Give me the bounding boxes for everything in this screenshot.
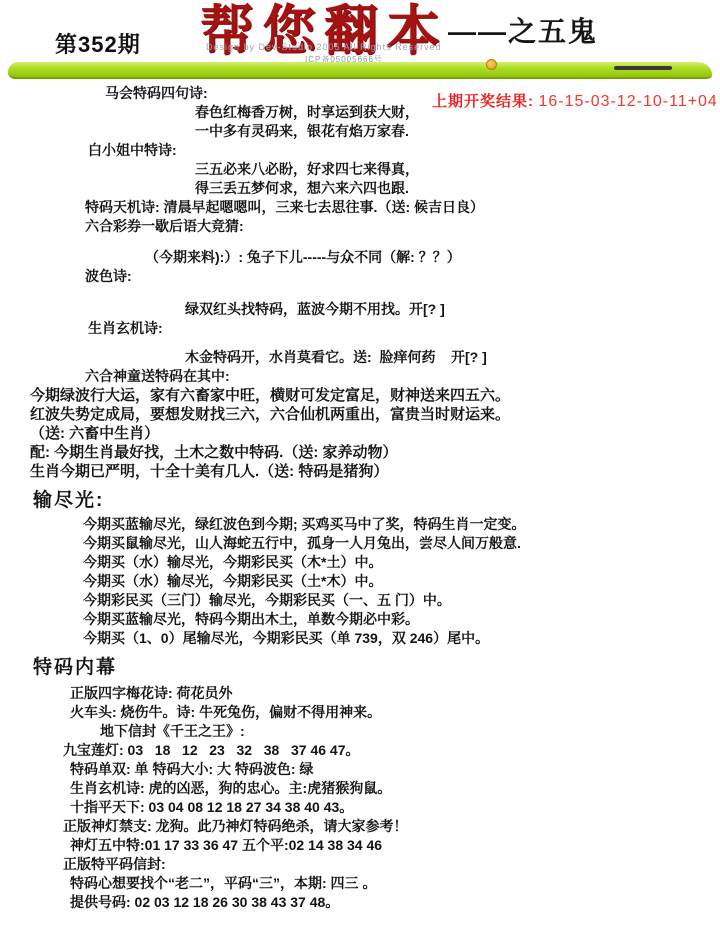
- text-line: 春色红梅香万树，时享运到获大财，: [0, 103, 720, 122]
- text-line: 九宝莲灯: 03 18 12 23 32 38 37 46 47。: [0, 741, 720, 760]
- text-line: 生肖玄机诗: 虎的凶恶，狗的忠心。主:虎猪猴狗鼠。: [0, 779, 720, 798]
- text-line: 六合神童送特码在其中:: [0, 367, 720, 386]
- text-line: 生肖玄机诗:: [0, 319, 720, 338]
- text-line: 特码心想要找个“老二”，平码“三”，本期: 四三 。: [0, 874, 720, 893]
- text-line: 生肖今期已严明，十全十美有几人.（送: 特码是猪狗）: [0, 462, 720, 481]
- flyer-page: 第352期 帮您翻本——之五鬼 Design by Dev-Studio 200…: [0, 0, 720, 935]
- section-header: 输尽光:: [0, 489, 720, 513]
- text-line: 今期绿波行大运，家有六畜家中旺，横财可发定富足，财神送来四五六。: [0, 386, 720, 405]
- text-line: 十指平天下: 03 04 08 12 18 27 34 38 40 43。: [0, 798, 720, 817]
- text-line: （今期来料):）: 兔子下儿-----与众不同（解: ？？）: [0, 248, 720, 267]
- text-line: 得三丢五梦何求，想六来六四也跟.: [0, 179, 720, 198]
- text-line: 特码天机诗: 清晨早起嗯嗯叫，三来七去思往事.（送: 候吉日良）: [0, 198, 720, 217]
- text-line: 今期买鼠输尽光，山人海蛇五行中，孤身一人月兔出，尝尽人间万般意.: [0, 534, 720, 553]
- text-line: 配: 今期生肖最好找，土木之数中特码.（送: 家养动物）: [0, 443, 720, 462]
- text-line: 今期买蓝输尽光，绿红波色到今期; 买鸡买马中了奖，特码生肖一定变。: [0, 515, 720, 534]
- text-line: 火车头: 烧伤牛。诗: 牛死兔伤，偏财不得用神来。: [0, 703, 720, 722]
- masthead: 帮您翻本——之五鬼 Design by Dev-Studio 2005 All …: [200, 2, 620, 58]
- masthead-title: 帮您翻本: [200, 0, 448, 62]
- text-line: 绿双红头找特码，蓝波今期不用找。开[? ]: [0, 300, 720, 319]
- text-line: 提供号码: 02 03 12 18 26 30 38 43 37 48。: [0, 893, 720, 912]
- text-line: （送: 六畜中生肖）: [0, 424, 720, 443]
- banner-green-band: [8, 62, 712, 79]
- banner-dash: [614, 66, 672, 70]
- watermark-copyright: Design by Dev-Studio 2005 All Rights Res…: [206, 42, 566, 52]
- section-header: 特码内幕: [0, 656, 720, 680]
- text-line: 红波失势定成局，要想发财找三六，六合仙机两重出，富贵当时财运来。: [0, 405, 720, 424]
- text-line: 今期买（水）输尽光，今期彩民买（土*木）中。: [0, 572, 720, 591]
- text-line: 一中多有灵码来，银花有焰万家春.: [0, 122, 720, 141]
- content-lines: 马会特码四句诗:春色红梅香万树，时享运到获大财，一中多有灵码来，银花有焰万家春.…: [0, 84, 720, 912]
- text-line: 正版特平码信封:: [0, 855, 720, 874]
- issue-number: 第352期: [55, 28, 141, 59]
- text-line: 正版四字梅花诗: 荷花员外: [0, 684, 720, 703]
- text-line: 今期买蓝输尽光，特码今期出木土，单数今期必中彩。: [0, 610, 720, 629]
- text-line: 今期买（1、0）尾输尽光，今期彩民买（单 739，双 246）尾中。: [0, 629, 720, 648]
- text-line: 地下信封《千王之王》:: [0, 722, 720, 741]
- banner-dot-icon: [486, 59, 497, 70]
- text-line: 木金特码开，水肖莫看它。送: 脸痒何药 开[? ]: [0, 348, 720, 367]
- text-line: 三五必来八必盼，好求四七来得真，: [0, 160, 720, 179]
- text-line: 今期买（水）输尽光，今期彩民买（木*土）中。: [0, 553, 720, 572]
- text-line: 马会特码四句诗:: [0, 84, 720, 103]
- text-line: 六合彩券一歇后语大竞猜:: [0, 217, 720, 236]
- text-line: 今期彩民买（三门）输尽光，今期彩民买（一、五 门）中。: [0, 591, 720, 610]
- text-line: 波色诗:: [0, 267, 720, 286]
- text-line: 白小姐中特诗:: [0, 141, 720, 160]
- text-line: 正版神灯禁支: 龙狗。此乃神灯特码绝杀，请大家参考！: [0, 817, 720, 836]
- text-line: 特码单双: 单 特码大小: 大 特码波色: 绿: [0, 760, 720, 779]
- text-line: 神灯五中特:01 17 33 36 47 五个平:02 14 38 34 46: [0, 836, 720, 855]
